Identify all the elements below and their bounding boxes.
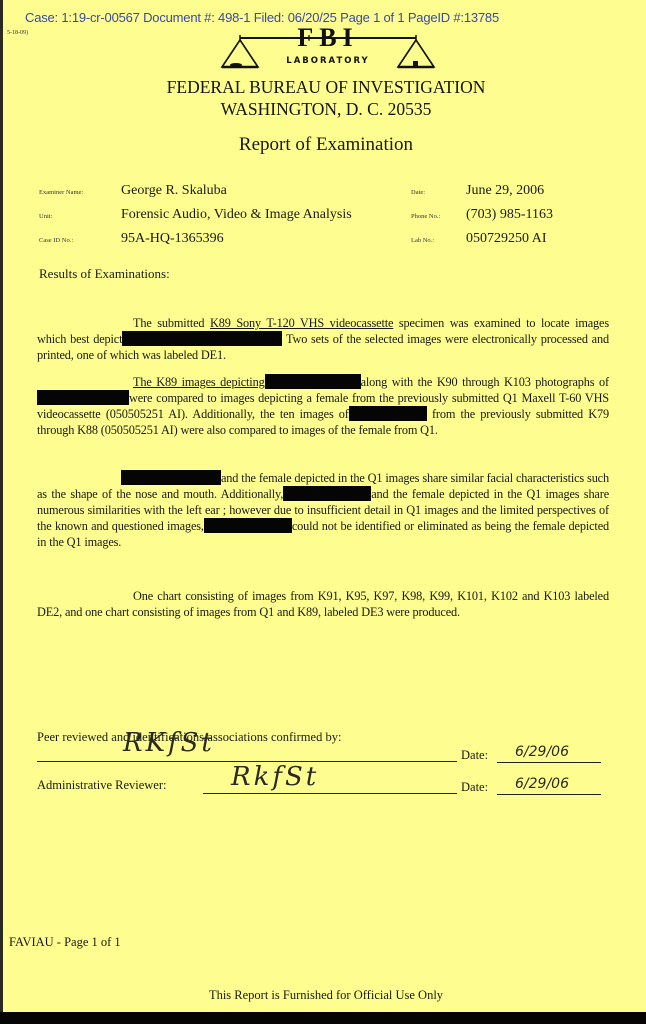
admin-signature: RkfSt — [231, 762, 319, 792]
p1-text-a: The submitted — [133, 316, 210, 330]
p2-text-b: along with the K90 through K103 photogra… — [361, 375, 609, 389]
unit-value: Forensic Audio, Video & Image Analysis — [121, 207, 352, 223]
page-footer-label: FAVIAU - Page 1 of 1 — [9, 935, 121, 950]
agency-address: WASHINGTON, D. C. 20535 — [3, 99, 646, 120]
peer-date-label: Date: — [461, 748, 488, 763]
redaction-bar — [283, 486, 371, 501]
peer-date-line — [497, 762, 601, 763]
logo-title: FBI — [218, 23, 438, 53]
fbi-laboratory-logo: FBI LABORATORY — [218, 26, 438, 72]
date-value: June 29, 2006 — [466, 183, 544, 199]
redaction-bar — [121, 470, 221, 485]
report-title: Report of Examination — [3, 134, 646, 156]
admin-reviewer-label: Administrative Reviewer: — [37, 778, 166, 793]
redaction-bar — [265, 374, 361, 389]
admin-signature-line — [203, 793, 457, 794]
examiner-value: George R. Skaluba — [121, 183, 227, 199]
phone-label: Phone No.: — [411, 213, 440, 220]
lab-no-value: 050729250 AI — [466, 231, 547, 247]
p4-text: One chart consisting of images from K91,… — [37, 589, 609, 619]
lab-no-label: Lab No.: — [411, 237, 434, 244]
admin-date-label: Date: — [461, 780, 488, 795]
p2-text-a: The K89 images depicting — [133, 375, 265, 389]
peer-signature: RKfSt — [123, 728, 215, 758]
p1-text-b: K89 Sony T-120 VHS videocassette — [210, 316, 393, 330]
admin-date-line — [497, 794, 601, 795]
redaction-bar — [204, 518, 292, 533]
redaction-bar — [349, 406, 427, 421]
examiner-label: Examiner Name: — [39, 189, 83, 196]
document-page: Case: 1:19-cr-00567 Document #: 498-1 Fi… — [0, 0, 646, 1012]
date-label: Date: — [411, 189, 425, 196]
paragraph-3: and the female depicted in the Q1 images… — [37, 470, 609, 550]
official-use-notice: This Report is Furnished for Official Us… — [3, 988, 646, 1003]
paragraph-1: The submitted K89 Sony T-120 VHS videoca… — [37, 315, 609, 363]
redaction-bar — [37, 390, 129, 405]
case-id-value: 95A-HQ-1365396 — [121, 231, 224, 247]
admin-date: 6/29/06 — [515, 776, 569, 792]
logo-subtitle: LABORATORY — [218, 56, 438, 66]
form-code: 5-18-09) — [7, 30, 28, 36]
agency-name: FEDERAL BUREAU OF INVESTIGATION — [3, 77, 646, 98]
results-heading: Results of Examinations: — [39, 266, 170, 282]
case-id-label: Case ID No.: — [39, 237, 73, 244]
paragraph-4: One chart consisting of images from K91,… — [37, 588, 609, 620]
redaction-bar — [122, 331, 282, 346]
unit-label: Unit: — [39, 213, 52, 220]
bottom-border — [0, 1012, 646, 1024]
peer-date: 6/29/06 — [515, 744, 569, 760]
paragraph-2: The K89 images depictingalong with the K… — [37, 374, 609, 438]
phone-value: (703) 985-1163 — [466, 207, 553, 223]
